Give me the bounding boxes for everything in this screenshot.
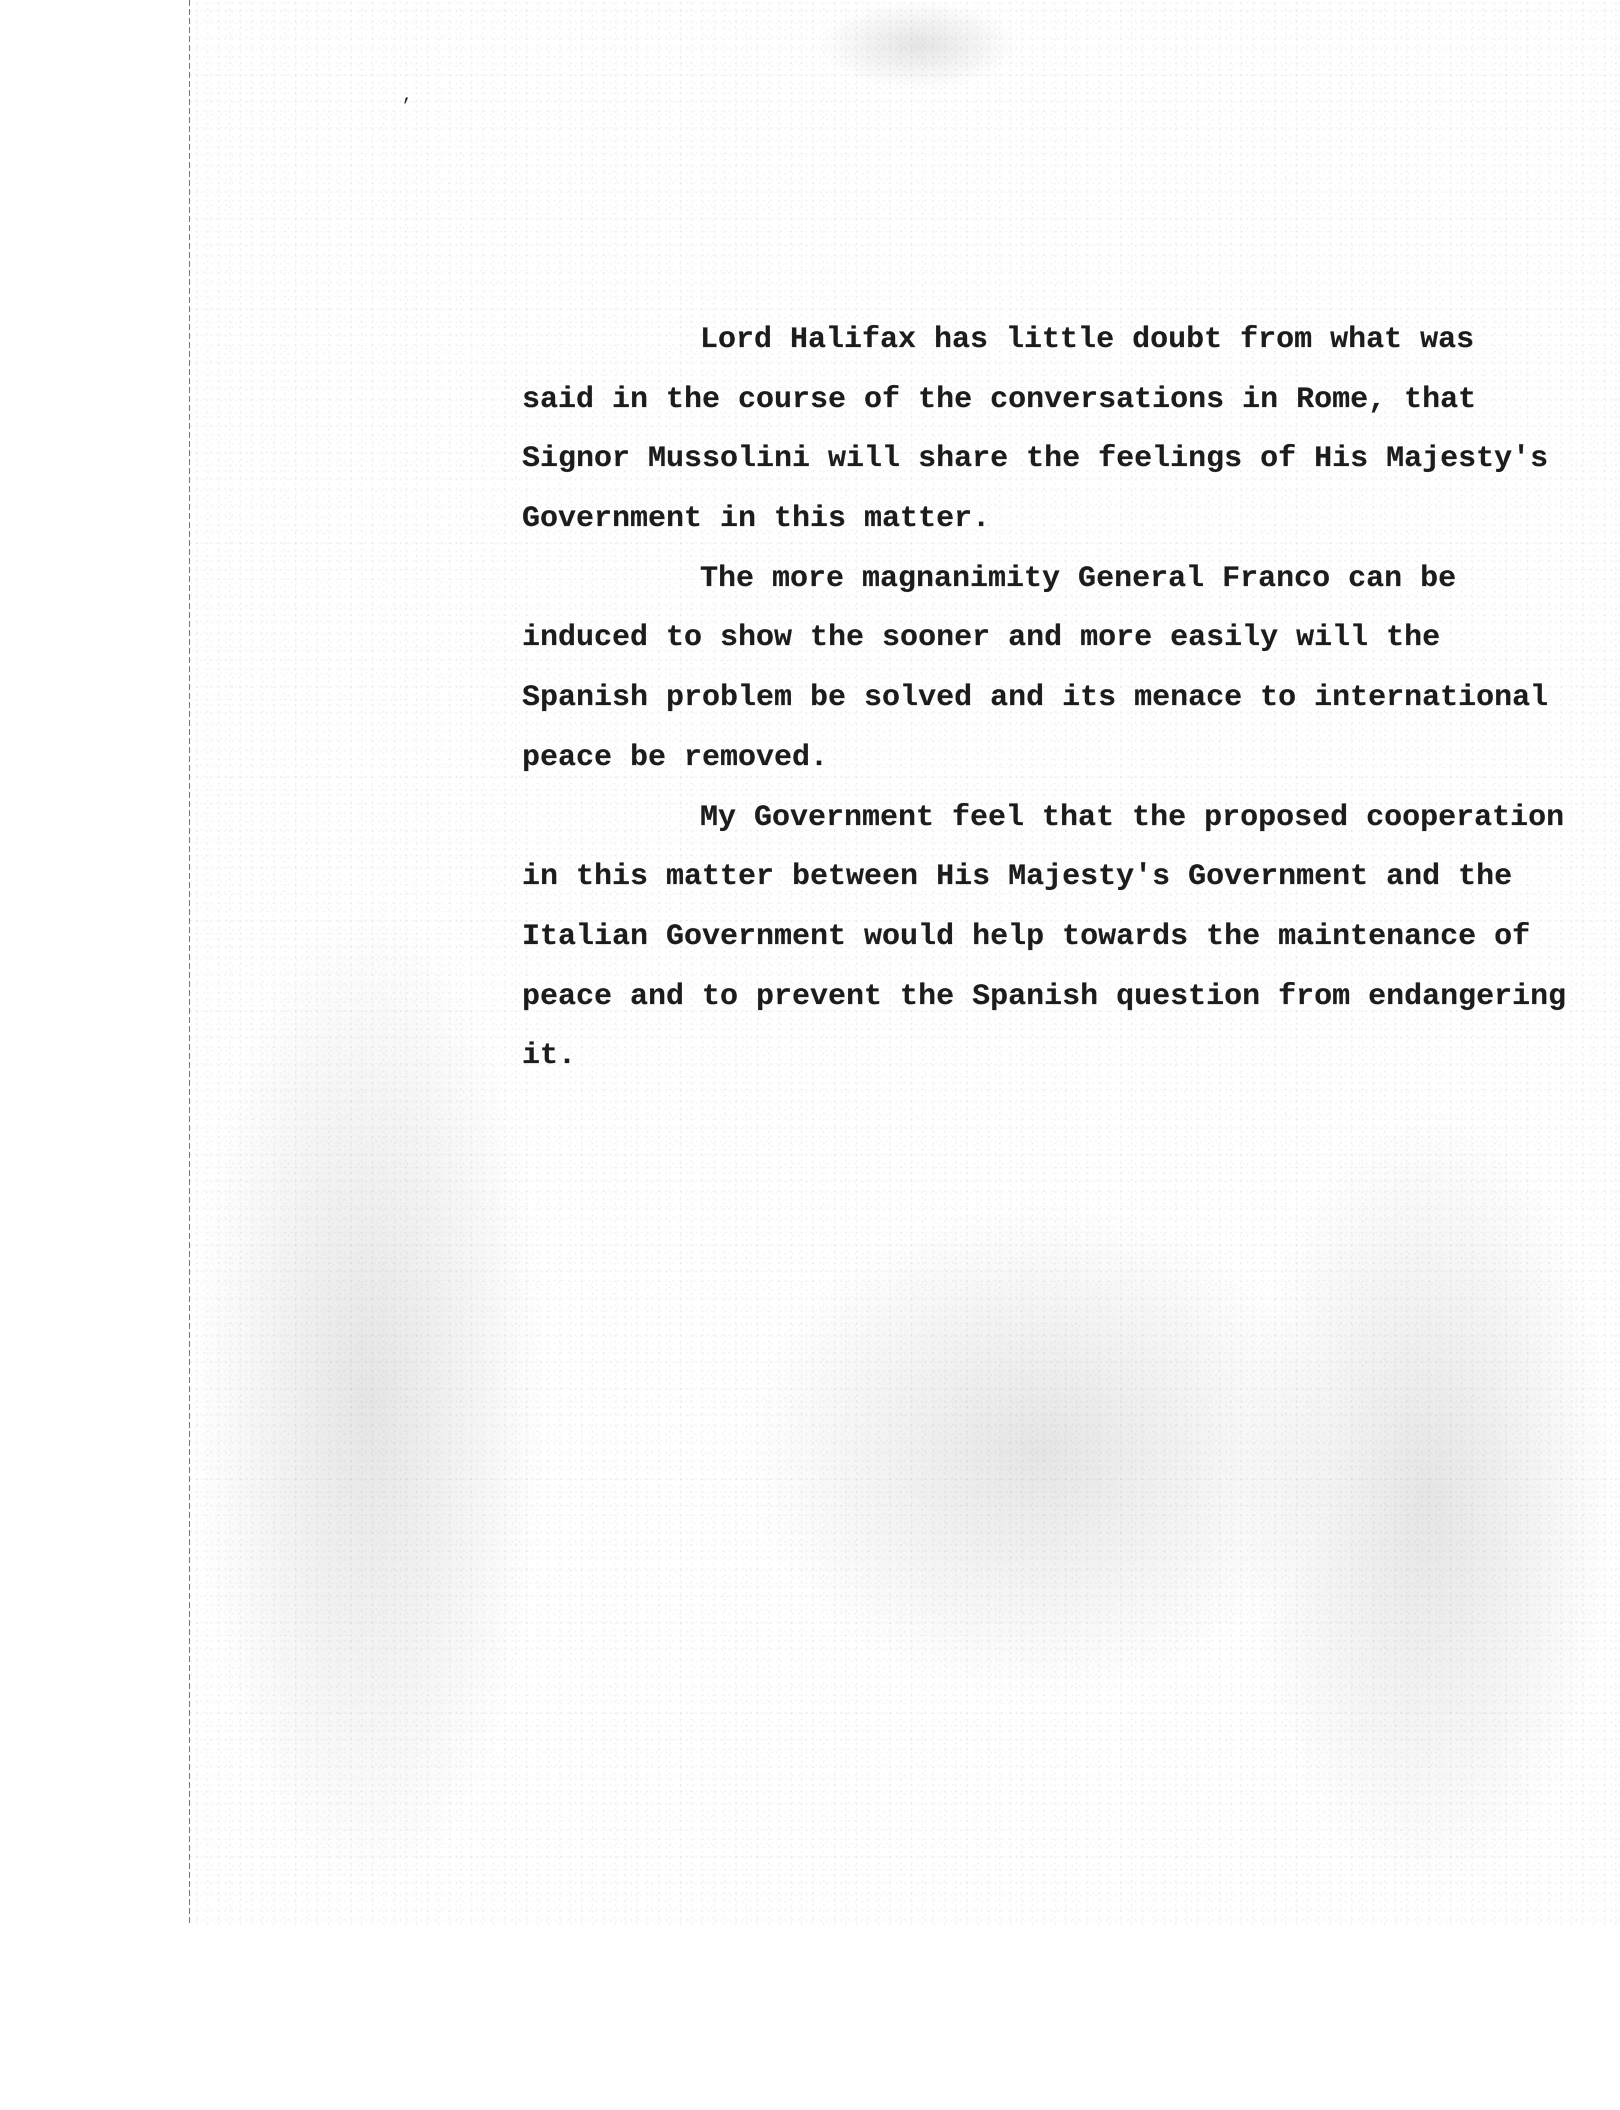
text-line: Italian Government would help towards th… [522,908,1602,968]
text-line: said in the course of the conversations … [522,371,1602,431]
stray-comma-mark: , [402,86,413,106]
document-body: Lord Halifax has little doubt from what … [522,311,1602,1087]
paragraph-3: My Government feel that the proposed coo… [522,789,1602,1087]
scan-smudge [189,900,549,1900]
text-line: Lord Halifax has little doubt from what … [522,311,1602,371]
text-line: Signor Mussolini will share the feelings… [522,430,1602,490]
paragraph-1: Lord Halifax has little doubt from what … [522,311,1602,550]
text-line: Government in this matter. [522,490,1602,550]
text-line: The more magnanimity General Franco can … [522,550,1602,610]
scan-smudge [739,1200,1339,1700]
text-line: in this matter between His Majesty's Gov… [522,848,1602,908]
scan-smudge [1239,1100,1619,1900]
text-line: peace be removed. [522,729,1602,789]
text-line: My Government feel that the proposed coo… [522,789,1602,849]
text-line: peace and to prevent the Spanish questio… [522,968,1602,1028]
paragraph-2: The more magnanimity General Franco can … [522,550,1602,789]
text-line: induced to show the sooner and more easi… [522,609,1602,669]
text-line: Spanish problem be solved and its menace… [522,669,1602,729]
scan-smudge [819,0,1019,90]
text-line: it. [522,1027,1602,1087]
